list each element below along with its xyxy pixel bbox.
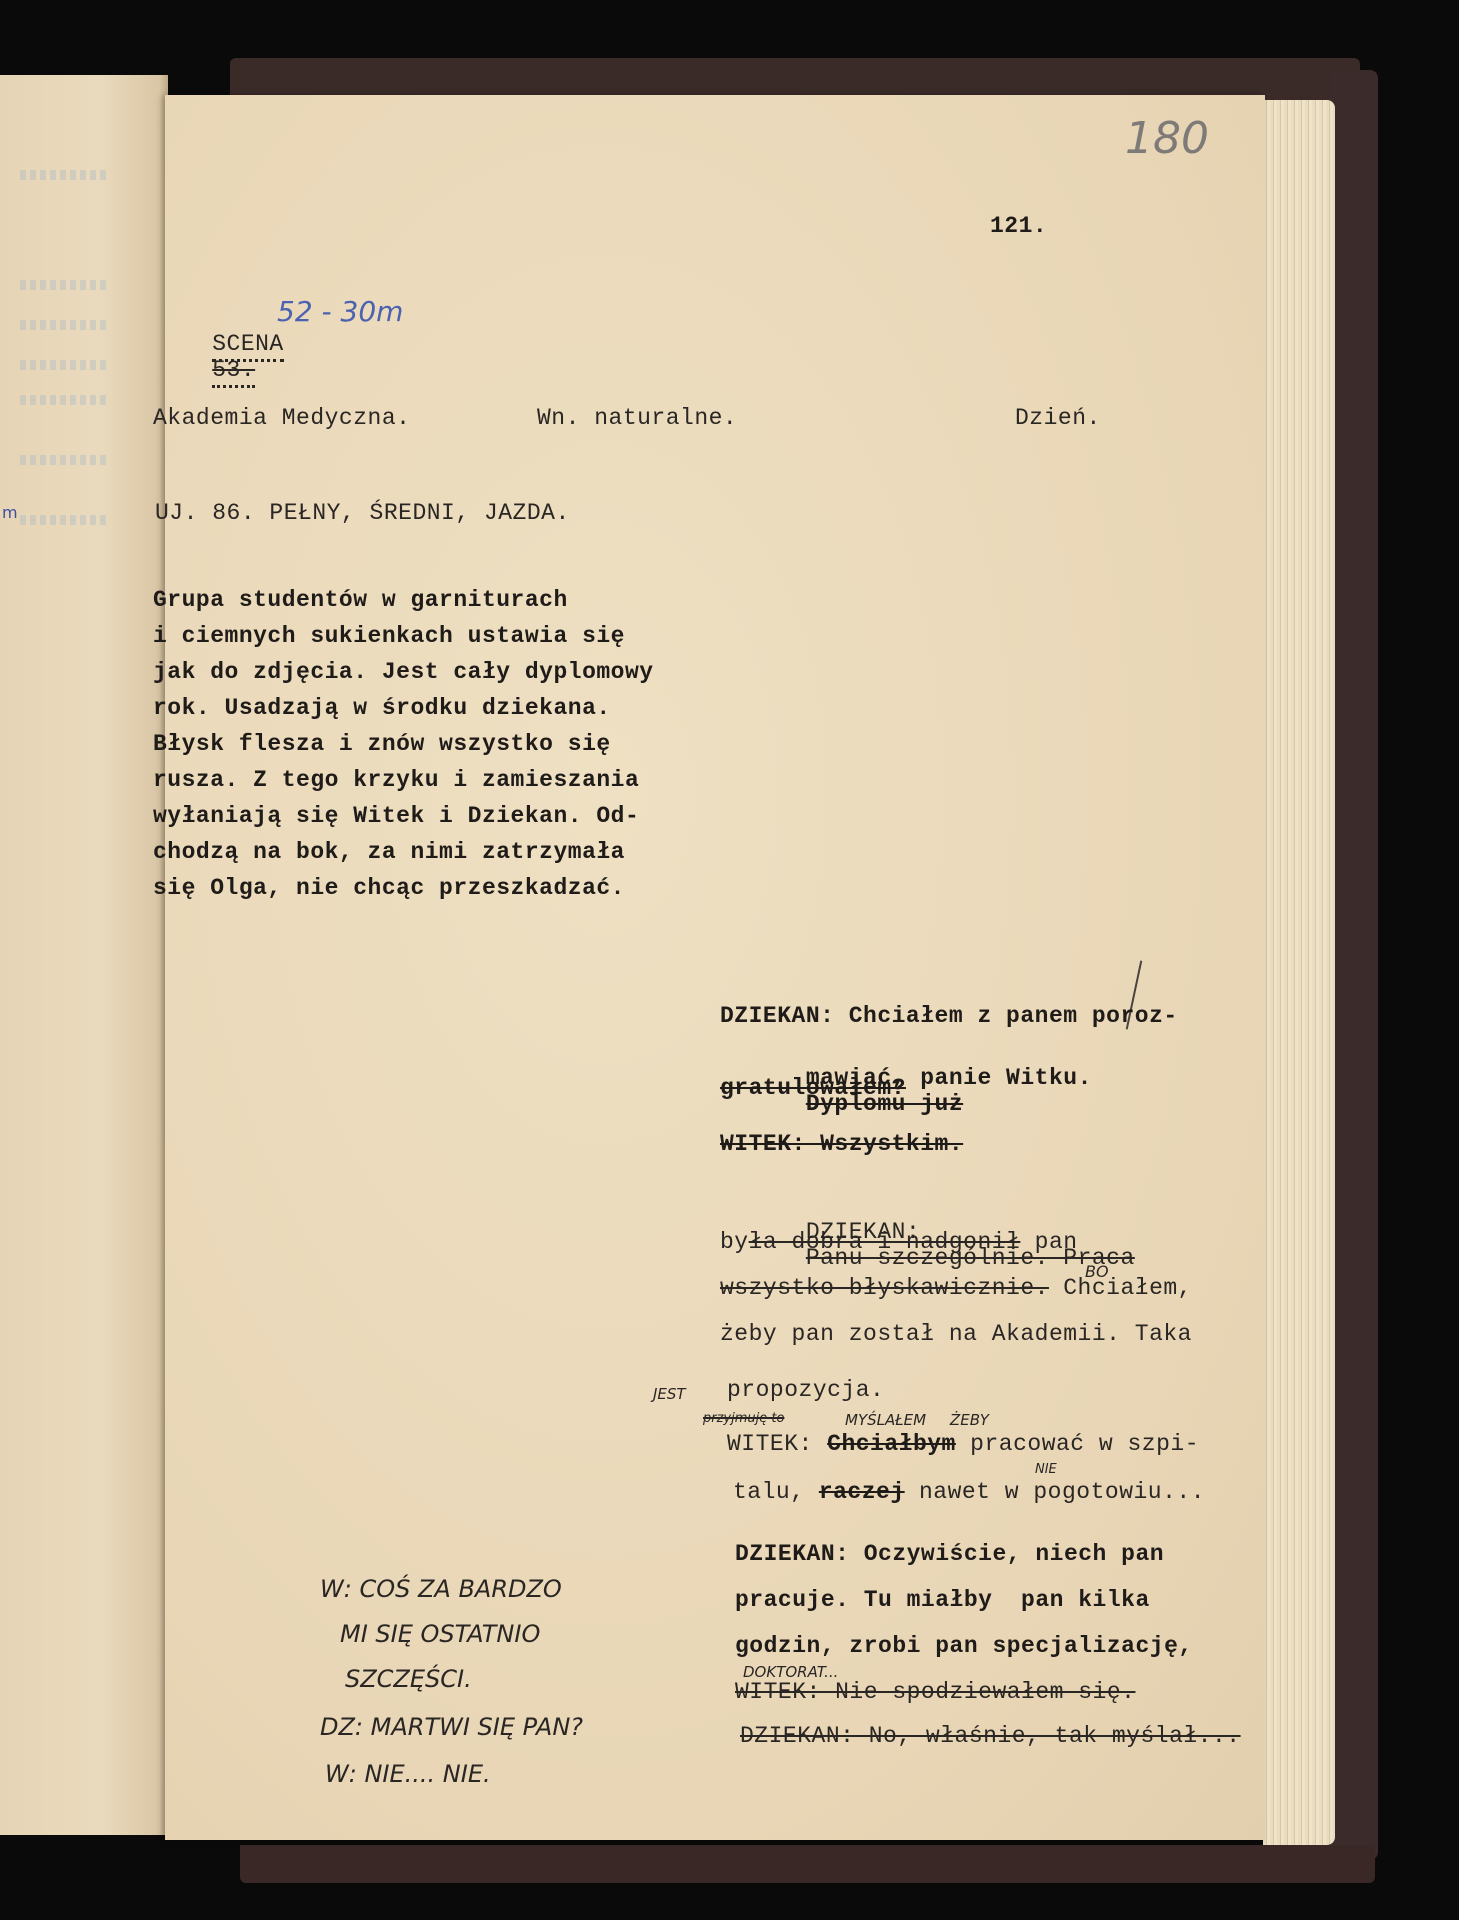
dialogue-line: była dobra i nadgonił pan: [720, 1229, 1078, 1255]
handwritten-note-line: SZCZĘŚCI.: [345, 1665, 472, 1693]
handwritten-note-line: DZ: MARTWI SIĘ PAN?: [320, 1713, 583, 1741]
action-line: chodzą na bok, za nimi zatrzymała: [153, 839, 625, 865]
handwritten-insertion-jest: JEST: [653, 1385, 686, 1403]
location-setting: Wn. naturalne.: [537, 405, 737, 431]
struck-text: DZIEKAN: No, właśnie, tak myślał...: [740, 1723, 1241, 1749]
location-place: Akademia Medyczna.: [153, 405, 410, 431]
book-cover-right: [1330, 70, 1378, 1860]
dialogue-line: wszystko błyskawicznie. Chciałem,: [720, 1275, 1192, 1301]
struck-text: Chciałbym: [827, 1431, 956, 1457]
document-page: 180 121. SCENA 53. 52 - 30m Akademia Med…: [165, 95, 1265, 1840]
action-line: wyłaniają się Witek i Dziekan. Od-: [153, 803, 639, 829]
show-through-text: [20, 515, 110, 525]
action-line: i ciemnych sukienkach ustawia się: [153, 623, 625, 649]
dialogue-line: WITEK: Chciałbym pracować w szpi-: [727, 1431, 1199, 1457]
dialogue-line: propozycja.: [727, 1377, 884, 1403]
show-through-text: [20, 360, 110, 370]
dialogue-line: godzin, zrobi pan specjalizację,: [735, 1633, 1193, 1659]
show-through-text: [20, 280, 110, 290]
dialogue-line: talu, raczej nawet w pogotowiu...: [733, 1479, 1205, 1505]
scene-heading: SCENA 53.: [155, 305, 284, 409]
typed-page-number: 121.: [990, 213, 1047, 239]
action-line: Błysk flesza i znów wszystko się: [153, 731, 611, 757]
handwritten-insertion-myslalem: MYŚLAŁEM ŻEBY: [845, 1411, 989, 1429]
action-line: rusza. Z tego krzyku i zamieszania: [153, 767, 639, 793]
dialogue-line: DZIEKAN: Chciałem z panem poroz-: [720, 1003, 1178, 1029]
shot-line: UJ. 86. PEŁNY, ŚREDNI, JAZDA.: [155, 500, 570, 526]
page-stack-edge: [1263, 100, 1335, 1845]
action-line: się Olga, nie chcąc przeszkadzać.: [153, 875, 625, 901]
struck-text: WITEK: Nie spodziewałem się.: [735, 1679, 1135, 1705]
left-page-mark: m: [2, 503, 18, 522]
location-time: Dzień.: [1015, 405, 1101, 431]
show-through-text: [20, 320, 110, 330]
action-line: jak do zdjęcia. Jest cały dyplomowy: [153, 659, 654, 685]
struck-text: ła dobra i nadgonił: [749, 1229, 1021, 1255]
struck-text: raczej: [819, 1479, 905, 1505]
struck-text: gratulowałem?: [720, 1075, 906, 1101]
struck-text: WITEK: Wszystkim.: [720, 1131, 963, 1157]
scene-handwritten-correction: 52 - 30m: [277, 295, 403, 328]
dialogue-line: DZIEKAN: Oczywiście, niech pan: [735, 1541, 1164, 1567]
struck-text: wszystko błyskawicznie.: [720, 1275, 1049, 1301]
archive-page-number: 180: [1125, 113, 1209, 164]
dialogue-line: żeby pan został na Akademii. Taka: [720, 1321, 1192, 1347]
dialogue-line: pracuje. Tu miałby pan kilka: [735, 1587, 1150, 1613]
book-cover-bottom: [240, 1845, 1375, 1883]
left-page: m: [0, 75, 168, 1835]
handwritten-struck-word: przyjmuję to: [703, 1411, 784, 1426]
handwritten-insertion-nie: NIE: [1035, 1462, 1057, 1477]
handwritten-note-line: W: COŚ ZA BARDZO: [320, 1575, 562, 1603]
handwritten-note-line: W: NIE.... NIE.: [325, 1760, 491, 1788]
show-through-text: [20, 170, 110, 180]
action-line: rok. Usadzają w środku dziekana.: [153, 695, 611, 721]
handwritten-note-line: MI SIĘ OSTATNIO: [340, 1620, 540, 1648]
show-through-text: [20, 455, 110, 465]
show-through-text: [20, 395, 110, 405]
action-line: Grupa studentów w garniturach: [153, 587, 568, 613]
scene-typed-number: 53.: [212, 357, 255, 388]
